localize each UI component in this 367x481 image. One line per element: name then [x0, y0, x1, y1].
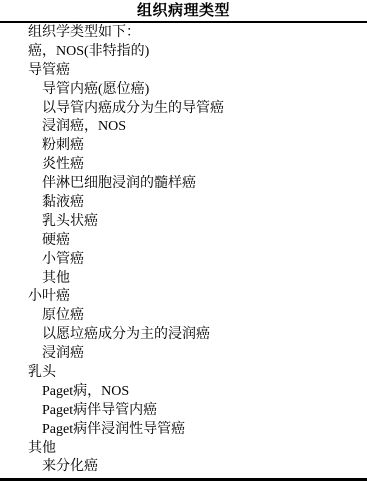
histology-row: Paget病，NOS	[0, 383, 367, 402]
histology-row: 伴淋巴细胞浸润的髓样癌	[0, 175, 367, 194]
histology-row: 以愿垃癌成分为主的浸润癌	[0, 326, 367, 345]
histology-row: 以导管内癌成分为生的导管癌	[0, 100, 367, 119]
histology-list: 组织学类型如下：癌，NOS(非特指的)导管癌导管内癌(愿位癌)以导管内癌成分为生…	[0, 23, 367, 479]
histology-row: 原位癌	[0, 307, 367, 326]
histology-row: 导管内癌(愿位癌)	[0, 81, 367, 100]
histology-row: 其他	[0, 270, 367, 289]
histology-row: 浸润癌，NOS	[0, 118, 367, 137]
histology-table: 组织病理类型 组织学类型如下：癌，NOS(非特指的)导管癌导管内癌(愿位癌)以导…	[0, 0, 367, 481]
histology-row: Paget病伴导管内癌	[0, 402, 367, 421]
histology-row: 浸润癌	[0, 345, 367, 364]
histology-row: 癌，NOS(非特指的)	[0, 43, 367, 62]
histology-row: 小叶癌	[0, 288, 367, 307]
histology-row: 导管癌	[0, 62, 367, 81]
histology-row: 乳头	[0, 364, 367, 383]
histology-row: 硬癌	[0, 232, 367, 251]
histology-row: 粉刺癌	[0, 137, 367, 156]
histology-row: 来分化癌	[0, 458, 367, 477]
histology-row: 炎性癌	[0, 156, 367, 175]
histology-row: 其他	[0, 440, 367, 459]
histology-row: Paget病伴浸润性导管癌	[0, 421, 367, 440]
histology-row: 乳头状癌	[0, 213, 367, 232]
document-page: 组织病理类型 组织学类型如下：癌，NOS(非特指的)导管癌导管内癌(愿位癌)以导…	[0, 0, 367, 481]
table-title: 组织病理类型	[0, 0, 367, 23]
histology-row: 黏液癌	[0, 194, 367, 213]
histology-row: 小管癌	[0, 251, 367, 270]
histology-row: 组织学类型如下：	[0, 24, 367, 43]
